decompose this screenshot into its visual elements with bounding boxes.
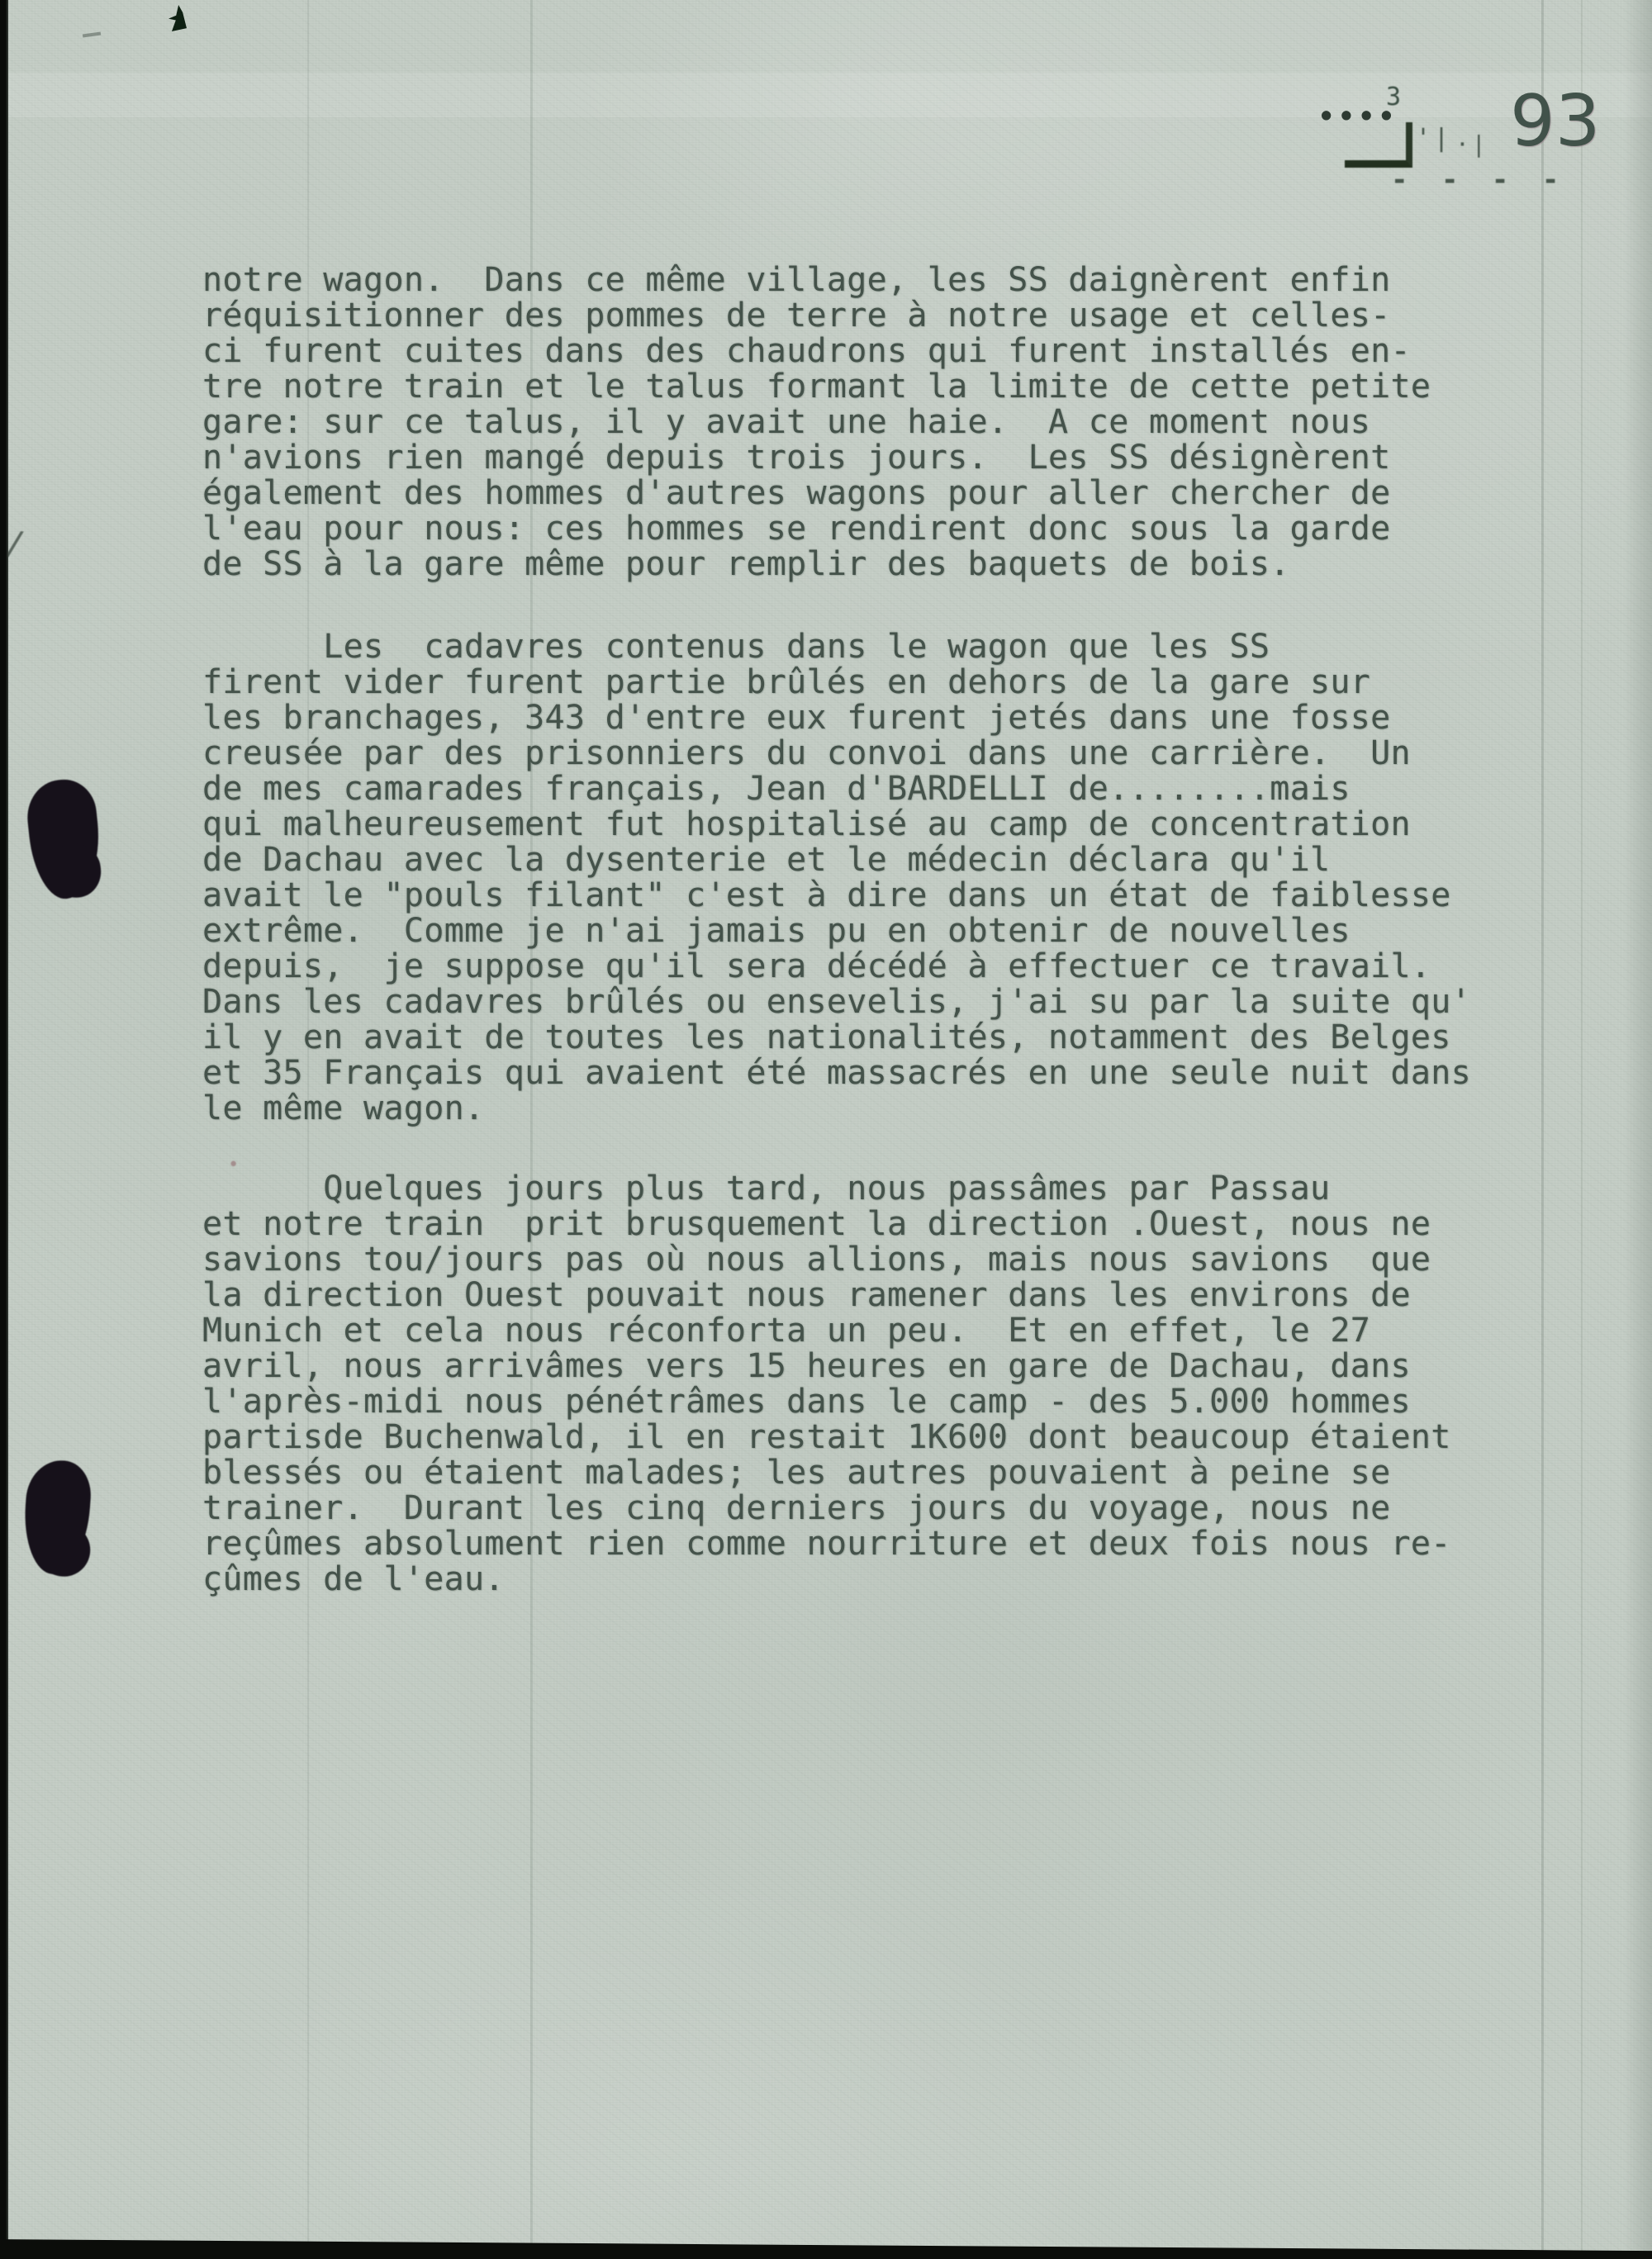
tick-marks-left: '|: [1416, 124, 1452, 153]
paper-crease: [1581, 0, 1583, 2259]
page-number: 93: [1510, 86, 1600, 157]
ink-blot-binder-mark: [24, 776, 106, 902]
page-edge-shadow: [1624, 0, 1652, 2259]
scan-light-band: [0, 73, 1652, 117]
ink-speck-mark: [169, 5, 187, 31]
underline-bracket-mark: [1345, 122, 1412, 168]
paper-crease: [1541, 0, 1544, 2259]
scanned-document-page: •••• 3 '| ·| 93 - - - - / • notre wagon.…: [0, 0, 1652, 2259]
ink-blot-binder-mark: [21, 1458, 93, 1576]
handwritten-figure-3: 3: [1386, 83, 1401, 112]
typewritten-paragraph-1: notre wagon. Dans ce même village, les S…: [202, 263, 1431, 582]
typewritten-paragraph-2: Les cadavres contenus dans le wagon que …: [202, 629, 1471, 1127]
dashes-mark: - - - -: [1391, 164, 1567, 197]
faint-dash-mark: [83, 31, 101, 37]
scan-left-edge: [0, 0, 8, 2259]
tick-marks-right: ·|: [1455, 131, 1488, 158]
typewritten-paragraph-3: Quelques jours plus tard, nous passâmes …: [202, 1171, 1451, 1597]
scan-bottom-edge: [0, 2238, 1652, 2259]
